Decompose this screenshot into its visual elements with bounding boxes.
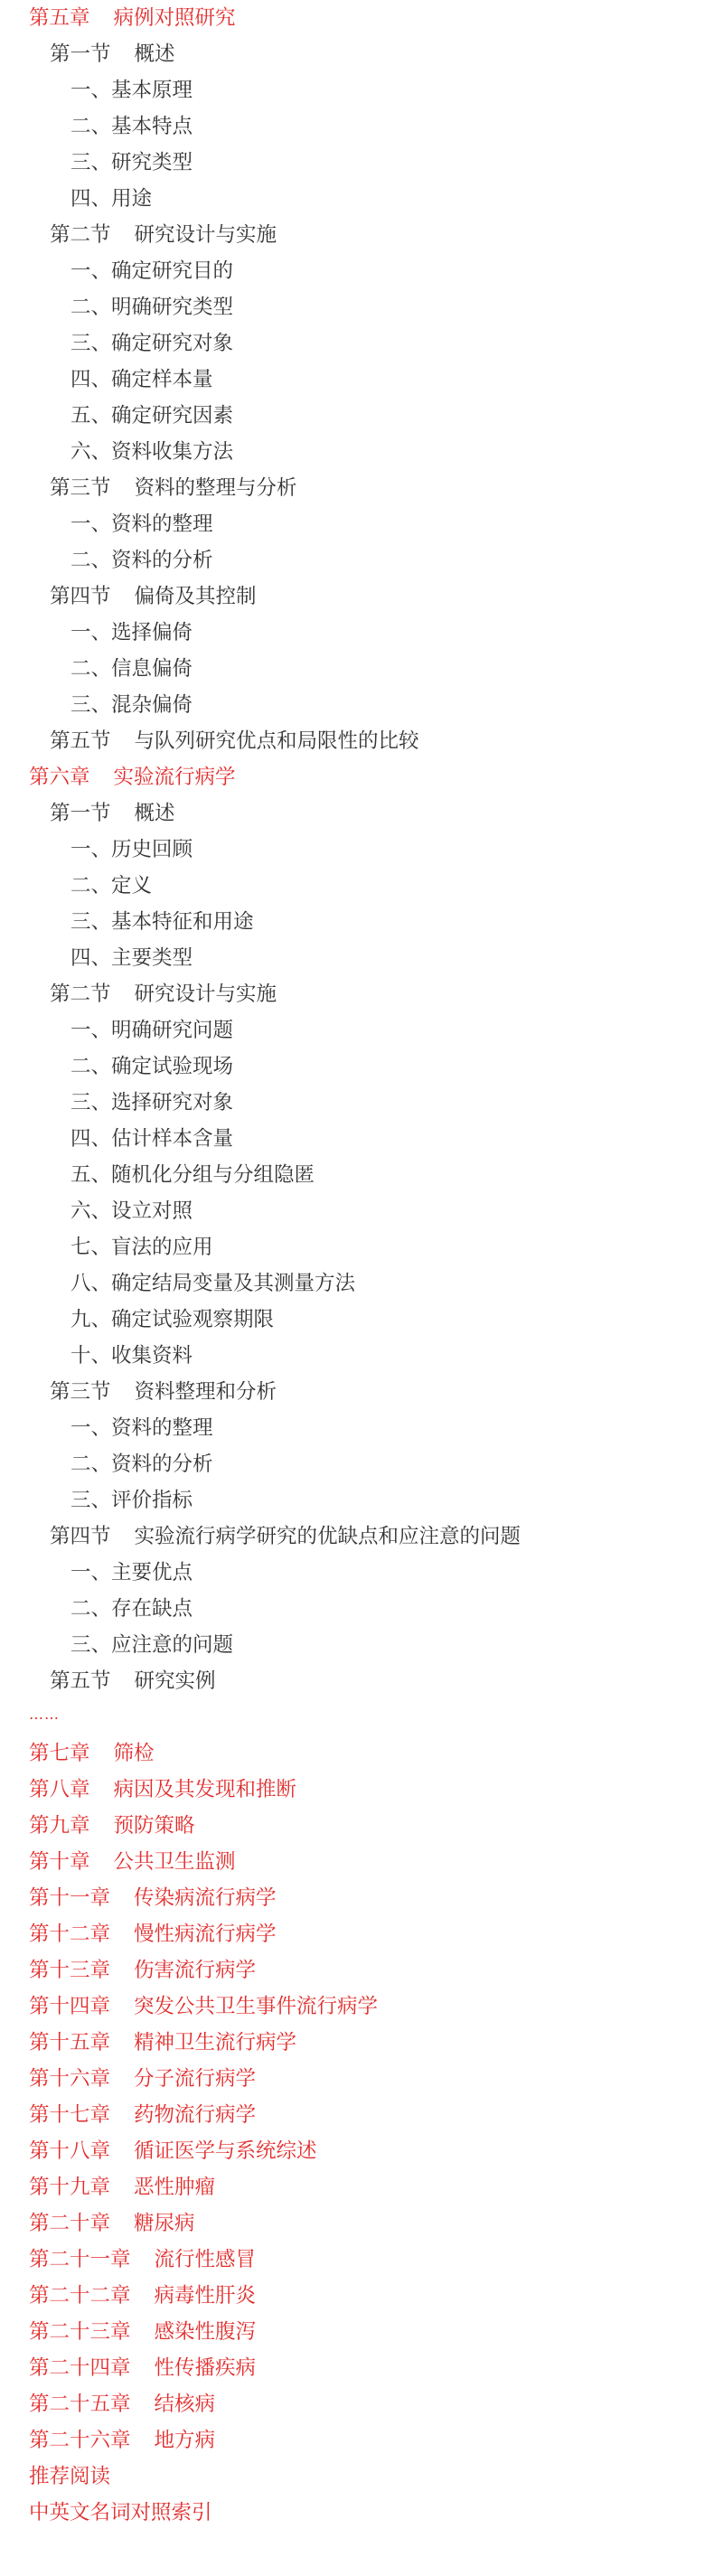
toc-item[interactable]: 二、信息偏倚 xyxy=(0,651,714,687)
toc-item[interactable]: 二、存在缺点 xyxy=(0,1591,714,1627)
toc-chapter[interactable]: 第六章实验流行病学 xyxy=(0,759,714,795)
toc-item-text: 二、基本特点 xyxy=(70,115,193,138)
toc-item-text: 一、明确研究问题 xyxy=(70,1019,233,1042)
toc-item[interactable]: 一、明确研究问题 xyxy=(0,1012,714,1048)
toc-chapter-number: 第六章 xyxy=(29,766,90,789)
toc-chapter[interactable]: 第二十二章病毒性肝炎 xyxy=(0,2278,714,2314)
toc-ellipsis-text: …… xyxy=(29,1706,60,1723)
toc-chapter[interactable]: 第七章筛检 xyxy=(0,1735,714,1772)
toc-section-number: 第五节 xyxy=(50,1669,111,1693)
toc-item-text: 五、随机化分组与分组隐匿 xyxy=(70,1163,315,1187)
toc-section-title: 概述 xyxy=(135,802,175,825)
toc-item[interactable]: 一、选择偏倚 xyxy=(0,615,714,651)
toc-chapter-number: 第二十三章 xyxy=(29,2320,131,2344)
toc-chapter-number: 第十九章 xyxy=(29,2176,110,2199)
table-of-contents: 第五章病例对照研究第一节概述一、基本原理二、基本特点三、研究类型四、用途第二节研… xyxy=(0,0,714,2531)
toc-item[interactable]: 三、应注意的问题 xyxy=(0,1627,714,1663)
toc-section[interactable]: 第二节研究设计与实施 xyxy=(0,976,714,1012)
toc-section-title: 资料整理和分析 xyxy=(135,1380,277,1404)
toc-chapter[interactable]: 第二十一章流行性感冒 xyxy=(0,2242,714,2278)
toc-chapter-number: 第五章 xyxy=(29,6,90,30)
toc-chapter-title: 糖尿病 xyxy=(134,2212,195,2235)
toc-chapter-title: 实验流行病学 xyxy=(114,766,236,789)
toc-item[interactable]: 四、估计样本含量 xyxy=(0,1121,714,1157)
toc-chapter-title: 结核病 xyxy=(155,2393,216,2416)
toc-item-text: 二、存在缺点 xyxy=(70,1597,193,1621)
toc-chapter-text: 推荐阅读 xyxy=(29,2465,110,2488)
toc-item-text: 四、确定样本量 xyxy=(70,368,213,391)
toc-item[interactable]: 八、确定结局变量及其测量方法 xyxy=(0,1265,714,1302)
toc-section-title: 实验流行病学研究的优缺点和应注意的问题 xyxy=(135,1525,521,1548)
toc-item-text: 一、主要优点 xyxy=(70,1561,193,1584)
toc-chapter-number: 第十五章 xyxy=(29,2031,110,2054)
toc-chapter[interactable]: 第十六章分子流行病学 xyxy=(0,2061,714,2097)
toc-item-text: 四、用途 xyxy=(70,187,152,211)
toc-item[interactable]: 二、资料的分析 xyxy=(0,1446,714,1482)
toc-item[interactable]: 七、盲法的应用 xyxy=(0,1229,714,1265)
toc-section-title: 研究实例 xyxy=(135,1669,216,1693)
toc-item-text: 二、资料的分析 xyxy=(70,549,213,572)
toc-chapter-number: 第十三章 xyxy=(29,1959,110,1982)
toc-item[interactable]: 三、确定研究对象 xyxy=(0,325,714,362)
toc-chapter-title: 感染性腹泻 xyxy=(155,2320,257,2344)
toc-chapter[interactable]: 中英文名词对照索引 xyxy=(0,2495,714,2531)
toc-item[interactable]: 六、资料收集方法 xyxy=(0,434,714,470)
toc-section-number: 第二节 xyxy=(50,223,111,247)
toc-item[interactable]: 九、确定试验观察期限 xyxy=(0,1302,714,1338)
toc-item[interactable]: 一、资料的整理 xyxy=(0,506,714,542)
toc-item-text: 一、基本原理 xyxy=(70,79,193,102)
toc-chapter-number: 第十四章 xyxy=(29,1995,110,2018)
toc-item[interactable]: 一、主要优点 xyxy=(0,1555,714,1591)
toc-chapter-number: 第十一章 xyxy=(29,1886,110,1910)
toc-section-number: 第四节 xyxy=(50,585,111,608)
toc-section[interactable]: 第二节研究设计与实施 xyxy=(0,217,714,253)
toc-chapter-number: 第十七章 xyxy=(29,2103,110,2127)
toc-section-number: 第一节 xyxy=(50,42,111,66)
toc-item-text: 三、应注意的问题 xyxy=(70,1633,233,1657)
toc-chapter-number: 第十八章 xyxy=(29,2139,110,2163)
toc-chapter[interactable]: 第二十四章性传播疾病 xyxy=(0,2350,714,2386)
toc-chapter-title: 传染病流行病学 xyxy=(134,1886,277,1910)
toc-chapter[interactable]: 第十五章精神卫生流行病学 xyxy=(0,2025,714,2061)
toc-chapter-number: 第七章 xyxy=(29,1742,90,1765)
toc-item[interactable]: 五、随机化分组与分组隐匿 xyxy=(0,1157,714,1193)
toc-item[interactable]: 十、收集资料 xyxy=(0,1338,714,1374)
toc-chapter-title: 筛检 xyxy=(114,1742,155,1765)
toc-chapter-number: 第八章 xyxy=(29,1778,90,1801)
toc-item[interactable]: 二、基本特点 xyxy=(0,108,714,145)
toc-chapter[interactable]: 第二十六章地方病 xyxy=(0,2422,714,2458)
toc-item[interactable]: 三、研究类型 xyxy=(0,145,714,181)
toc-chapter-title: 公共卫生监测 xyxy=(114,1850,236,1874)
toc-item[interactable]: 三、基本特征和用途 xyxy=(0,904,714,940)
toc-chapter-title: 流行性感冒 xyxy=(155,2248,257,2271)
toc-chapter[interactable]: 第八章病因及其发现和推断 xyxy=(0,1772,714,1808)
toc-section-title: 资料的整理与分析 xyxy=(135,476,297,500)
toc-item-text: 一、历史回顾 xyxy=(70,838,193,861)
toc-item[interactable]: 四、主要类型 xyxy=(0,940,714,976)
toc-item[interactable]: 一、资料的整理 xyxy=(0,1410,714,1446)
toc-section[interactable]: 第四节实验流行病学研究的优缺点和应注意的问题 xyxy=(0,1518,714,1555)
toc-section[interactable]: 第四节偏倚及其控制 xyxy=(0,578,714,615)
toc-item-text: 三、混杂偏倚 xyxy=(70,693,193,717)
toc-chapter[interactable]: 第十二章慢性病流行病学 xyxy=(0,1916,714,1952)
toc-item-text: 一、资料的整理 xyxy=(70,1416,213,1440)
toc-item-text: 一、资料的整理 xyxy=(70,512,213,536)
toc-chapter-title: 慢性病流行病学 xyxy=(134,1923,277,1946)
toc-item[interactable]: 一、历史回顾 xyxy=(0,832,714,868)
toc-item[interactable]: 二、明确研究类型 xyxy=(0,289,714,325)
toc-chapter-number: 第九章 xyxy=(29,1814,90,1838)
toc-chapter-number: 第二十四章 xyxy=(29,2356,131,2380)
toc-chapter[interactable]: 第十章公共卫生监测 xyxy=(0,1844,714,1880)
toc-item-text: 二、定义 xyxy=(70,874,152,898)
toc-item-text: 六、资料收集方法 xyxy=(70,440,233,464)
toc-item-text: 二、信息偏倚 xyxy=(70,657,193,681)
toc-chapter-title: 精神卫生流行病学 xyxy=(134,2031,296,2054)
toc-section-number: 第一节 xyxy=(50,802,111,825)
toc-chapter-title: 药物流行病学 xyxy=(134,2103,256,2127)
toc-chapter[interactable]: 第二十三章感染性腹泻 xyxy=(0,2314,714,2350)
toc-section-title: 研究设计与实施 xyxy=(135,223,277,247)
toc-section-title: 偏倚及其控制 xyxy=(135,585,257,608)
toc-chapter[interactable]: 第二十章糖尿病 xyxy=(0,2205,714,2242)
toc-item[interactable]: 三、选择研究对象 xyxy=(0,1085,714,1121)
toc-chapter[interactable]: 推荐阅读 xyxy=(0,2458,714,2495)
toc-item[interactable]: 一、基本原理 xyxy=(0,72,714,108)
toc-section[interactable]: 第三节资料整理和分析 xyxy=(0,1374,714,1410)
toc-section-number: 第三节 xyxy=(50,476,111,500)
toc-chapter[interactable]: 第十八章循证医学与系统综述 xyxy=(0,2133,714,2169)
toc-section-number: 第三节 xyxy=(50,1380,111,1404)
toc-chapter-title: 地方病 xyxy=(155,2429,216,2452)
toc-item-text: 三、评价指标 xyxy=(70,1489,193,1512)
toc-item-text: 八、确定结局变量及其测量方法 xyxy=(70,1272,355,1295)
toc-item[interactable]: 二、确定试验现场 xyxy=(0,1048,714,1085)
toc-item[interactable]: 一、确定研究目的 xyxy=(0,253,714,289)
toc-item[interactable]: 四、确定样本量 xyxy=(0,362,714,398)
toc-section-title: 研究设计与实施 xyxy=(135,982,277,1006)
toc-chapter-title: 病例对照研究 xyxy=(114,6,236,30)
toc-section[interactable]: 第五节研究实例 xyxy=(0,1663,714,1699)
toc-chapter-title: 病因及其发现和推断 xyxy=(114,1778,297,1801)
toc-chapter[interactable]: 第十三章伤害流行病学 xyxy=(0,1952,714,1988)
toc-item[interactable]: 二、资料的分析 xyxy=(0,542,714,578)
toc-chapter-title: 伤害流行病学 xyxy=(134,1959,256,1982)
toc-section-number: 第四节 xyxy=(50,1525,111,1548)
toc-ellipsis: …… xyxy=(0,1699,714,1735)
toc-section[interactable]: 第一节概述 xyxy=(0,36,714,72)
toc-item-text: 一、选择偏倚 xyxy=(70,621,193,644)
toc-chapter-number: 第二十章 xyxy=(29,2212,110,2235)
toc-chapter-title: 预防策略 xyxy=(114,1814,195,1838)
toc-item-text: 九、确定试验观察期限 xyxy=(70,1308,274,1331)
toc-item-text: 二、明确研究类型 xyxy=(70,296,233,319)
toc-item-text: 三、研究类型 xyxy=(70,151,193,174)
toc-chapter-number: 第十章 xyxy=(29,1850,90,1874)
toc-section[interactable]: 第三节资料的整理与分析 xyxy=(0,470,714,506)
toc-item-text: 十、收集资料 xyxy=(70,1344,193,1368)
toc-item-text: 四、估计样本含量 xyxy=(70,1127,233,1151)
toc-chapter[interactable]: 第十一章传染病流行病学 xyxy=(0,1880,714,1916)
toc-section-title: 与队列研究优点和局限性的比较 xyxy=(135,729,419,753)
toc-chapter[interactable]: 第九章预防策略 xyxy=(0,1808,714,1844)
toc-item[interactable]: 二、定义 xyxy=(0,868,714,904)
toc-section-number: 第五节 xyxy=(50,729,111,753)
toc-item[interactable]: 三、评价指标 xyxy=(0,1482,714,1518)
toc-item[interactable]: 五、确定研究因素 xyxy=(0,398,714,434)
toc-item-text: 一、确定研究目的 xyxy=(70,259,233,283)
toc-chapter[interactable]: 第二十五章结核病 xyxy=(0,2386,714,2422)
toc-item-text: 七、盲法的应用 xyxy=(70,1236,213,1259)
toc-chapter-text: 中英文名词对照索引 xyxy=(29,2501,212,2524)
toc-chapter-title: 突发公共卫生事件流行病学 xyxy=(134,1995,378,2018)
toc-item[interactable]: 四、用途 xyxy=(0,181,714,217)
toc-section[interactable]: 第一节概述 xyxy=(0,795,714,832)
toc-chapter-title: 恶性肿瘤 xyxy=(134,2176,215,2199)
toc-chapter-title: 性传播疾病 xyxy=(155,2356,257,2380)
toc-item[interactable]: 六、设立对照 xyxy=(0,1193,714,1229)
toc-item[interactable]: 三、混杂偏倚 xyxy=(0,687,714,723)
toc-section[interactable]: 第五节与队列研究优点和局限性的比较 xyxy=(0,723,714,759)
toc-item-text: 五、确定研究因素 xyxy=(70,404,233,428)
toc-chapter[interactable]: 第五章病例对照研究 xyxy=(0,0,714,36)
toc-item-text: 二、资料的分析 xyxy=(70,1453,213,1476)
toc-chapter-title: 病毒性肝炎 xyxy=(155,2284,257,2308)
toc-chapter[interactable]: 第十九章恶性肿瘤 xyxy=(0,2169,714,2205)
toc-chapter-number: 第十六章 xyxy=(29,2067,110,2091)
toc-chapter-number: 第二十二章 xyxy=(29,2284,131,2308)
toc-chapter-number: 第十二章 xyxy=(29,1923,110,1946)
toc-item-text: 三、基本特征和用途 xyxy=(70,910,254,934)
toc-chapter[interactable]: 第十四章突发公共卫生事件流行病学 xyxy=(0,1988,714,2025)
toc-item-text: 三、确定研究对象 xyxy=(70,332,233,355)
toc-chapter-title: 分子流行病学 xyxy=(134,2067,256,2091)
toc-chapter-number: 第二十一章 xyxy=(29,2248,131,2271)
toc-chapter-number: 第二十六章 xyxy=(29,2429,131,2452)
toc-section-title: 概述 xyxy=(135,42,175,66)
toc-chapter-title: 循证医学与系统综述 xyxy=(134,2139,317,2163)
toc-item-text: 六、设立对照 xyxy=(70,1199,193,1223)
toc-item-text: 三、选择研究对象 xyxy=(70,1091,233,1114)
toc-chapter-number: 第二十五章 xyxy=(29,2393,131,2416)
toc-section-number: 第二节 xyxy=(50,982,111,1006)
toc-item-text: 二、确定试验现场 xyxy=(70,1055,233,1078)
toc-item-text: 四、主要类型 xyxy=(70,946,193,970)
toc-chapter[interactable]: 第十七章药物流行病学 xyxy=(0,2097,714,2133)
